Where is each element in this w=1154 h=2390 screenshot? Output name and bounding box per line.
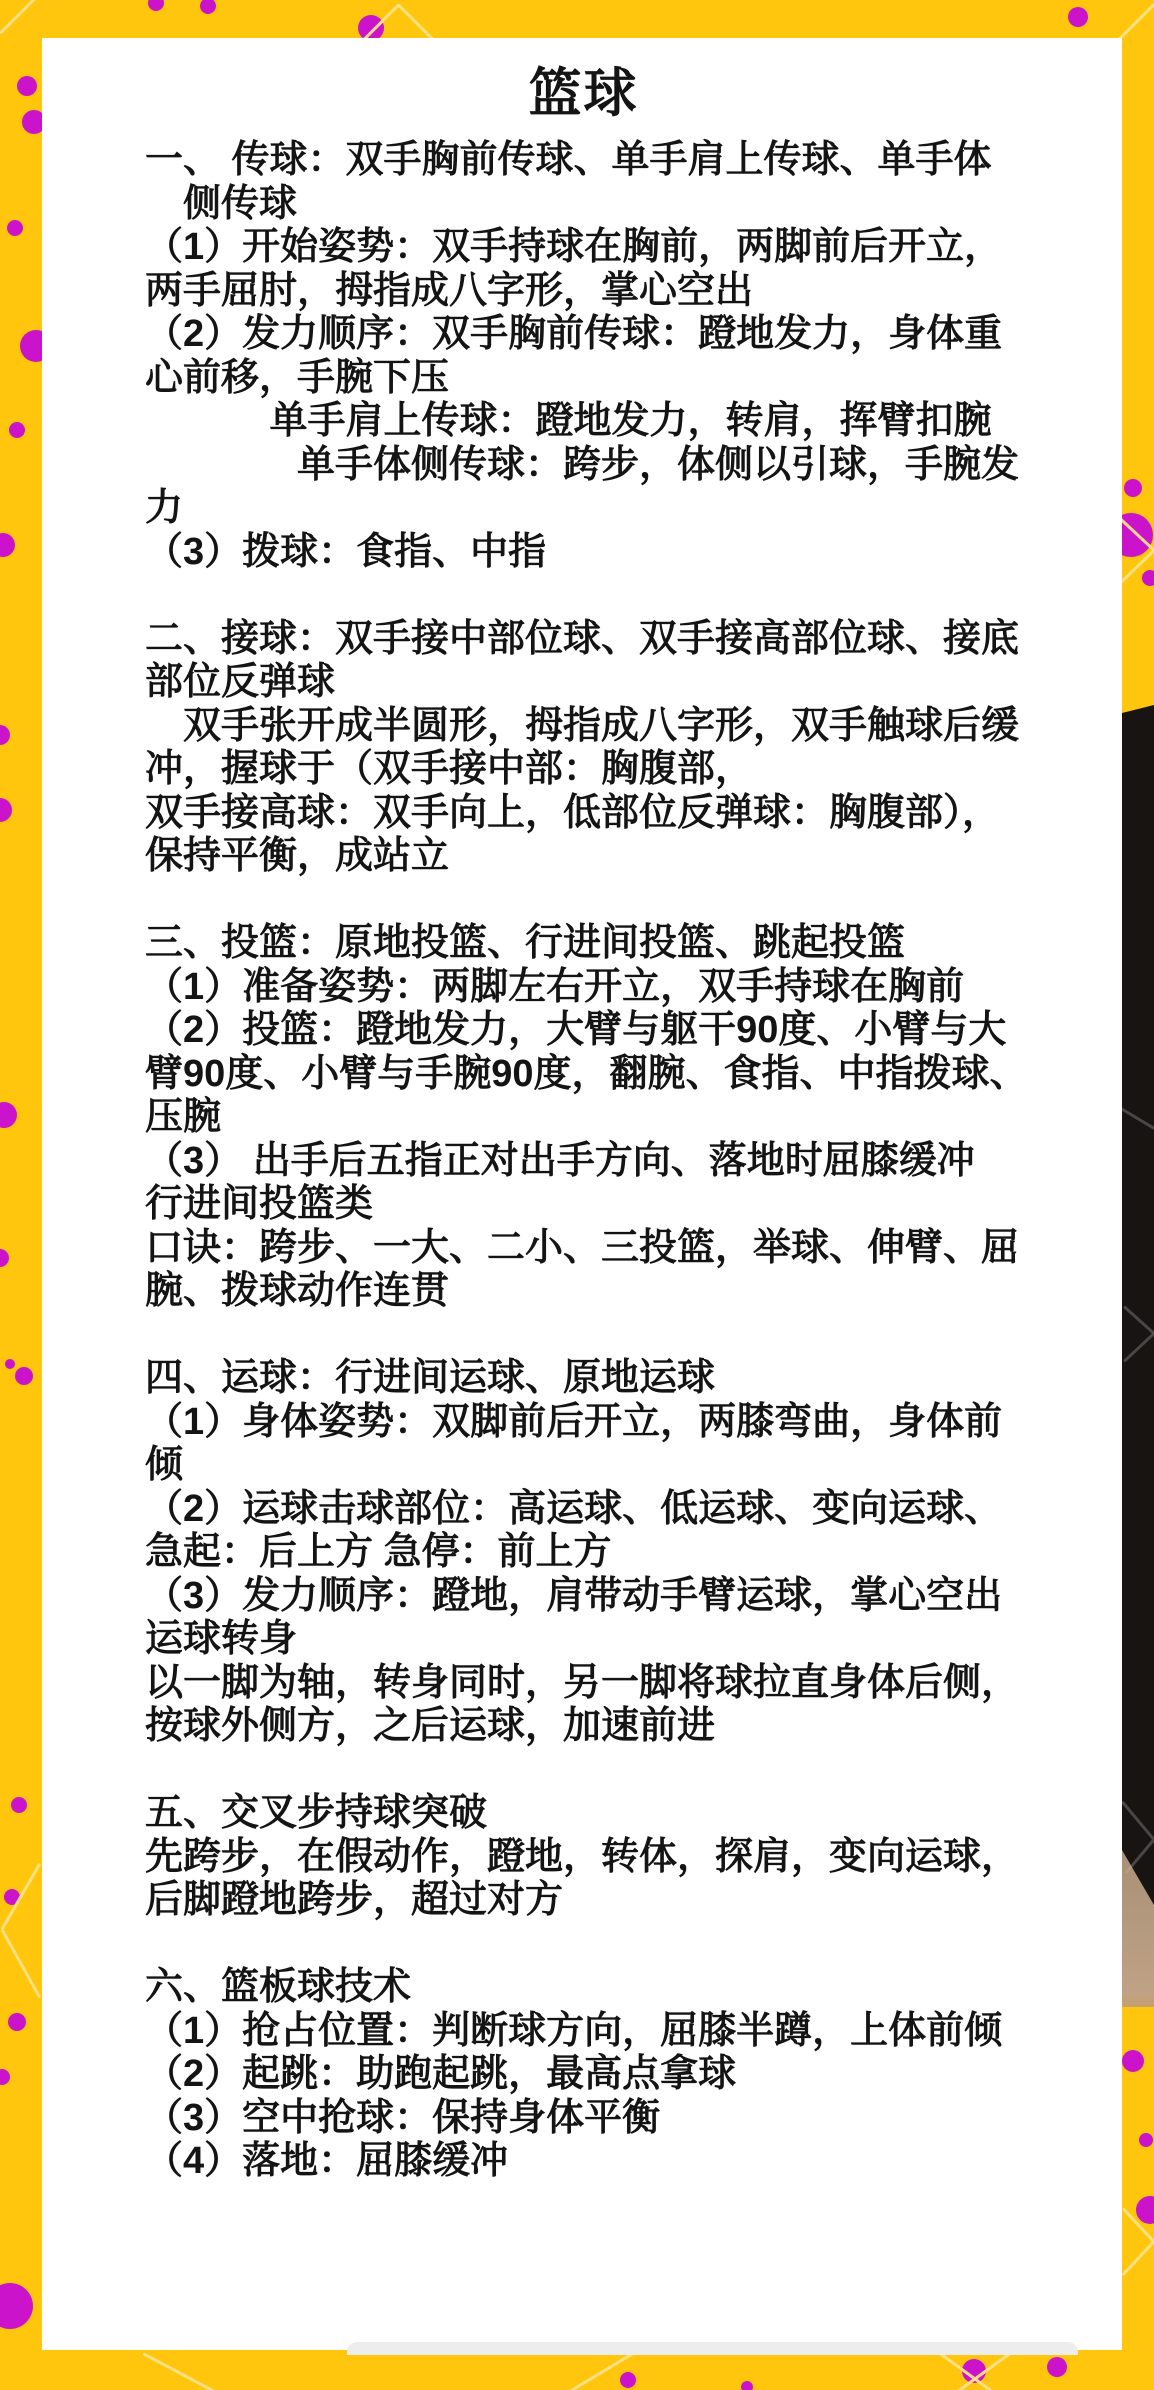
text-line: 倾	[145, 1444, 1022, 1488]
text-line: 臂90度、小臂与手腕90度，翻腕、食指、中指拨球、	[145, 1053, 1022, 1097]
text-line: 后脚蹬地跨步，超过对方	[145, 1879, 1022, 1923]
magenta-dot	[0, 1102, 17, 1128]
magenta-dot	[0, 1249, 9, 1267]
text-line: 口诀：跨步、一大、二小、三投篮，举球、伸臂、屈	[145, 1227, 1022, 1271]
magenta-dot	[11, 1797, 27, 1813]
text-line: 按球外侧方，之后运球，加速前进	[145, 1705, 1022, 1749]
magenta-dot	[1139, 2133, 1153, 2147]
text-line: 单手肩上传球：蹬地发力，转肩，挥臂扣腕	[145, 400, 1022, 444]
note-page: 篮球 一、 传球：双手胸前传球、单手肩上传球、单手体 侧传球 （1）开始姿势：双…	[42, 38, 1122, 2350]
text-line: 冲，握球于（双手接中部：胸腹部，	[145, 748, 1022, 792]
magenta-dot	[1068, 7, 1088, 27]
text-line: （3）发力顺序：蹬地，肩带动手臂运球，掌心空出	[145, 1575, 1022, 1619]
page-title: 篮球	[145, 62, 1022, 126]
magenta-dot	[0, 798, 12, 822]
text-line: 双手接高球：双手向上，低部位反弹球：胸腹部），	[145, 792, 1022, 836]
magenta-dot	[200, 0, 216, 14]
text-line: （3）空中抢球：保持身体平衡	[145, 2097, 1022, 2141]
text-line: 心前移，手腕下压	[145, 357, 1022, 401]
magenta-dot	[1142, 570, 1154, 586]
note-body: 一、 传球：双手胸前传球、单手肩上传球、单手体 侧传球 （1）开始姿势：双手持球…	[145, 139, 1022, 2184]
magenta-dot	[5, 1359, 15, 1369]
magenta-dot	[0, 533, 15, 557]
magenta-dot	[9, 422, 25, 438]
diagonal-line	[1122, 2240, 1154, 2276]
text-line: 运球转身	[145, 1618, 1022, 1662]
magenta-dot	[1136, 2196, 1154, 2224]
magenta-dot	[620, 2372, 636, 2388]
screenshot-root: { "page": { "colors": { "background": "#…	[0, 0, 1154, 2390]
magenta-dot	[17, 76, 37, 96]
text-line: 六、篮板球技术	[145, 1966, 1022, 2010]
text-line: 单手体侧传球：跨步，体侧以引球，手腕发	[145, 444, 1022, 488]
text-line: 压腕	[145, 1096, 1022, 1140]
diagonal-line	[142, 2352, 214, 2390]
text-line: 力	[145, 487, 1022, 531]
text-line	[145, 1749, 1022, 1793]
magenta-dot	[1047, 2357, 1067, 2377]
text-line: 双手张开成半圆形，拇指成八字形，双手触球后缓	[145, 705, 1022, 749]
text-line: 一、 传球：双手胸前传球、单手肩上传球、单手体	[145, 139, 1022, 183]
magenta-dot	[8, 2013, 26, 2031]
text-line: （2）起跳：助跑起跳，最高点拿球	[145, 2053, 1022, 2097]
magenta-dot	[7, 220, 23, 236]
magenta-dot	[0, 2069, 10, 2085]
magenta-dot	[15, 1367, 33, 1385]
text-line: （3）拨球：食指、中指	[145, 531, 1022, 575]
text-line: 保持平衡，成站立	[145, 835, 1022, 879]
magenta-dot	[0, 2283, 33, 2329]
text-line: 腕、拨球动作连贯	[145, 1270, 1022, 1314]
magenta-dot	[0, 725, 10, 745]
text-line: （1）开始姿势：双手持球在胸前，两脚前后开立，	[145, 226, 1022, 270]
diagonal-line	[1, 1929, 41, 1999]
text-line: （1）准备姿势：两脚左右开立，双手持球在胸前	[145, 966, 1022, 1010]
text-line	[145, 1923, 1022, 1967]
diagonal-line	[0, 0, 46, 35]
text-line: （2）投篮：蹬地发力，大臂与躯干90度、小臂与大	[145, 1009, 1022, 1053]
text-line: （1）身体姿势：双脚前后开立，两膝弯曲，身体前	[145, 1401, 1022, 1445]
text-line: 五、交叉步持球突破	[145, 1792, 1022, 1836]
text-line: （1）抢占位置：判断球方向，屈膝半蹲，上体前倾	[145, 2010, 1022, 2054]
magenta-dot	[1124, 479, 1142, 497]
text-line: 四、运球：行进间运球、原地运球	[145, 1357, 1022, 1401]
text-line: 两手屈肘，拇指成八字形，掌心空出	[145, 270, 1022, 314]
next-page-peek[interactable]	[347, 2342, 1078, 2355]
magenta-dot	[1122, 2050, 1144, 2072]
text-line: （4）落地：屈膝缓冲	[145, 2140, 1022, 2184]
text-line: （2）发力顺序：双手胸前传球：蹬地发力，身体重	[145, 313, 1022, 357]
text-line	[145, 1314, 1022, 1358]
text-line: （3） 出手后五指正对出手方向、落地时屈膝缓冲	[145, 1140, 1022, 1184]
text-line	[145, 879, 1022, 923]
text-line: 二、接球：双手接中部位球、双手接高部位球、接底	[145, 618, 1022, 662]
text-line: 行进间投篮类	[145, 1183, 1022, 1227]
photo-black-strip	[1122, 705, 1154, 1905]
text-line: 部位反弹球	[145, 661, 1022, 705]
magenta-dot	[741, 2381, 753, 2390]
text-line: （2）运球击球部位：高运球、低运球、变向运球、	[145, 1488, 1022, 1532]
text-line: 三、投篮：原地投篮、行进间投篮、跳起投篮	[145, 922, 1022, 966]
text-line	[145, 574, 1022, 618]
text-line: 先跨步，在假动作，蹬地，转体，探肩，变向运球，	[145, 1836, 1022, 1880]
text-line: 侧传球	[145, 183, 1022, 227]
magenta-dot	[148, 0, 164, 11]
text-line: 以一脚为轴，转身同时，另一脚将球拉直身体后侧，	[145, 1662, 1022, 1706]
text-line: 急起：后上方 急停：前上方	[145, 1531, 1022, 1575]
